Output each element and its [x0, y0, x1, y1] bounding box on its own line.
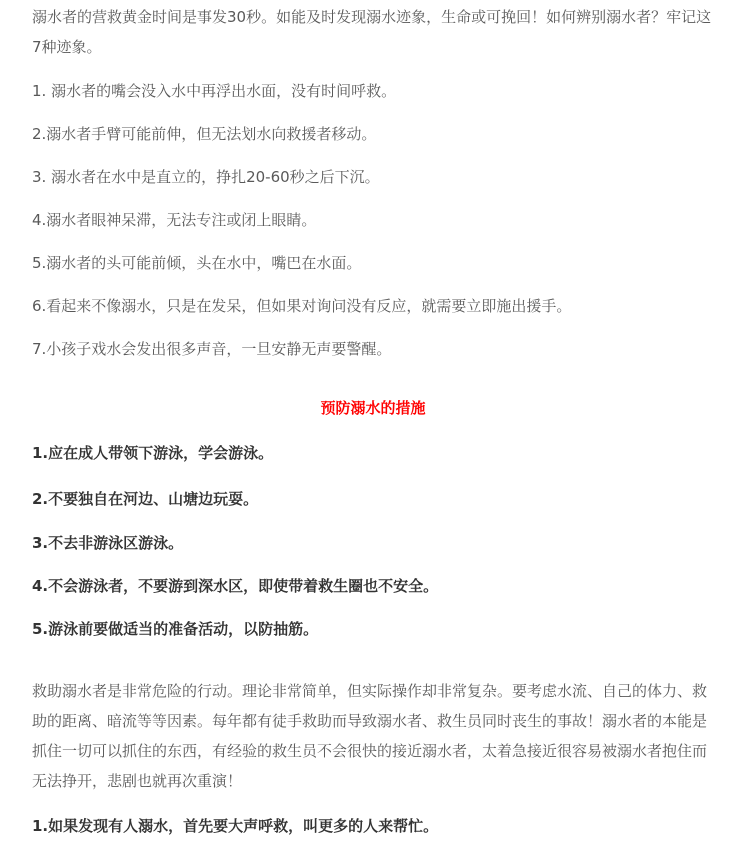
sign-item-7: 7.小孩子戏水会发出很多声音，一旦安静无声要警醒。 — [32, 334, 391, 364]
sign-item-1: 1. 溺水者的嘴会没入水中再浮出水面，没有时间呼救。 — [32, 76, 396, 106]
prevention-heading: 预防溺水的措施 — [32, 393, 714, 423]
prevention-item-2: 2.不要独自在河边、山塘边玩耍。 — [32, 484, 258, 514]
sign-item-5: 5.溺水者的头可能前倾，头在水中，嘴巴在水面。 — [32, 248, 361, 278]
intro-paragraph: 溺水者的营救黄金时间是事发30秒。如能及时发现溺水迹象，生命或可挽回！如何辨别溺… — [32, 2, 714, 62]
prevention-item-1: 1.应在成人带领下游泳，学会游泳。 — [32, 438, 273, 468]
sign-item-2: 2.溺水者手臂可能前伸，但无法划水向救援者移动。 — [32, 119, 376, 149]
prevention-item-4: 4.不会游泳者，不要游到深水区，即使带着救生圈也不安全。 — [32, 571, 438, 601]
rescue-item-1: 1.如果发现有人溺水，首先要大声呼救，叫更多的人来帮忙。 — [32, 811, 438, 841]
rescue-paragraph: 救助溺水者是非常危险的行动。理论非常简单，但实际操作却非常复杂。要考虑水流、自己… — [32, 676, 714, 796]
prevention-item-3: 3.不去非游泳区游泳。 — [32, 528, 183, 558]
sign-item-6: 6.看起来不像溺水，只是在发呆，但如果对询问没有反应，就需要立即施出援手。 — [32, 291, 571, 321]
prevention-item-5: 5.游泳前要做适当的准备活动，以防抽筋。 — [32, 614, 318, 644]
sign-item-3: 3. 溺水者在水中是直立的，挣扎20-60秒之后下沉。 — [32, 162, 380, 192]
sign-item-4: 4.溺水者眼神呆滞，无法专注或闭上眼睛。 — [32, 205, 316, 235]
